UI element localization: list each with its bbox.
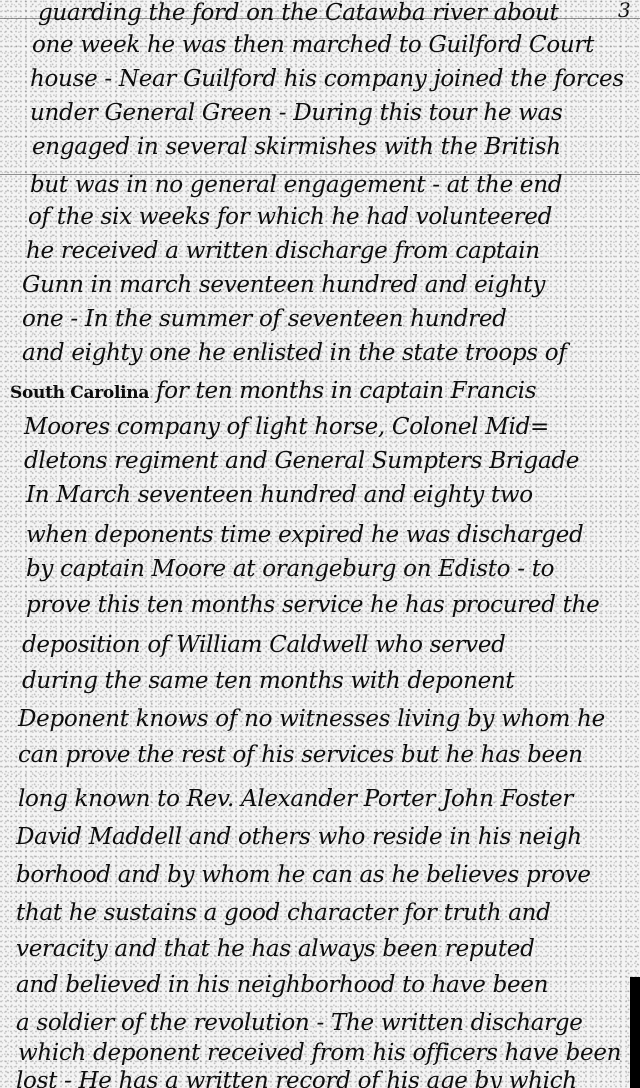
manuscript-line: lost - He has a written record of his ag…	[16, 1068, 577, 1088]
scan-edge-shadow	[630, 977, 640, 1088]
manuscript-line: but was in no general engagement - at th…	[30, 172, 562, 198]
manuscript-line: dletons regiment and General Sumpters Br…	[24, 448, 579, 474]
manuscript-line: long known to Rev. Alexander Porter John…	[18, 786, 573, 812]
manuscript-line: under General Green - During this tour h…	[30, 100, 562, 126]
page-number: 3	[618, 0, 631, 22]
manuscript-line: engaged in several skirmishes with the B…	[32, 134, 561, 160]
manuscript-line: of the six weeks for which he had volunt…	[28, 204, 552, 230]
manuscript-line: Deponent knows of no witnesses living by…	[18, 706, 605, 732]
manuscript-line: when deponents time expired he was disch…	[26, 522, 583, 548]
manuscript-line-inserted: South Carolina for ten months in captain…	[10, 378, 536, 404]
manuscript-line: one week he was then marched to Guilford…	[32, 32, 594, 58]
manuscript-line: David Maddell and others who reside in h…	[16, 824, 582, 850]
manuscript-line: veracity and that he has always been rep…	[16, 936, 535, 962]
manuscript-line: a soldier of the revolution - The writte…	[16, 1010, 583, 1036]
manuscript-line: borhood and by whom he can as he believe…	[16, 862, 591, 888]
manuscript-line: during the same ten months with deponent	[22, 668, 514, 694]
manuscript-line: which deponent received from his officer…	[18, 1040, 621, 1066]
manuscript-line: one - In the summer of seventeen hundred	[22, 306, 507, 332]
manuscript-line: deposition of William Caldwell who serve…	[22, 632, 506, 658]
manuscript-line: Gunn in march seventeen hundred and eigh…	[22, 272, 545, 298]
manuscript-line: In March seventeen hundred and eighty tw…	[26, 482, 533, 508]
manuscript-line: that he sustains a good character for tr…	[16, 900, 551, 926]
manuscript-line: and eighty one he enlisted in the state …	[22, 340, 567, 366]
manuscript-line: house - Near Guilford his company joined…	[30, 66, 624, 92]
manuscript-line: guarding the ford on the Catawba river a…	[38, 0, 559, 26]
manuscript-line: can prove the rest of his services but h…	[18, 742, 583, 768]
inserted-text: South Carolina	[10, 383, 149, 403]
manuscript-line: and believed in his neighborhood to have…	[16, 972, 548, 998]
manuscript-line: he received a written discharge from cap…	[26, 238, 540, 264]
document-page: 3 guarding the ford on the Catawba river…	[0, 0, 640, 1088]
manuscript-line: Moores company of light horse, Colonel M…	[24, 414, 549, 440]
manuscript-line: prove this ten months service he has pro…	[26, 592, 599, 618]
manuscript-line: by captain Moore at orangeburg on Edisto…	[26, 556, 554, 582]
